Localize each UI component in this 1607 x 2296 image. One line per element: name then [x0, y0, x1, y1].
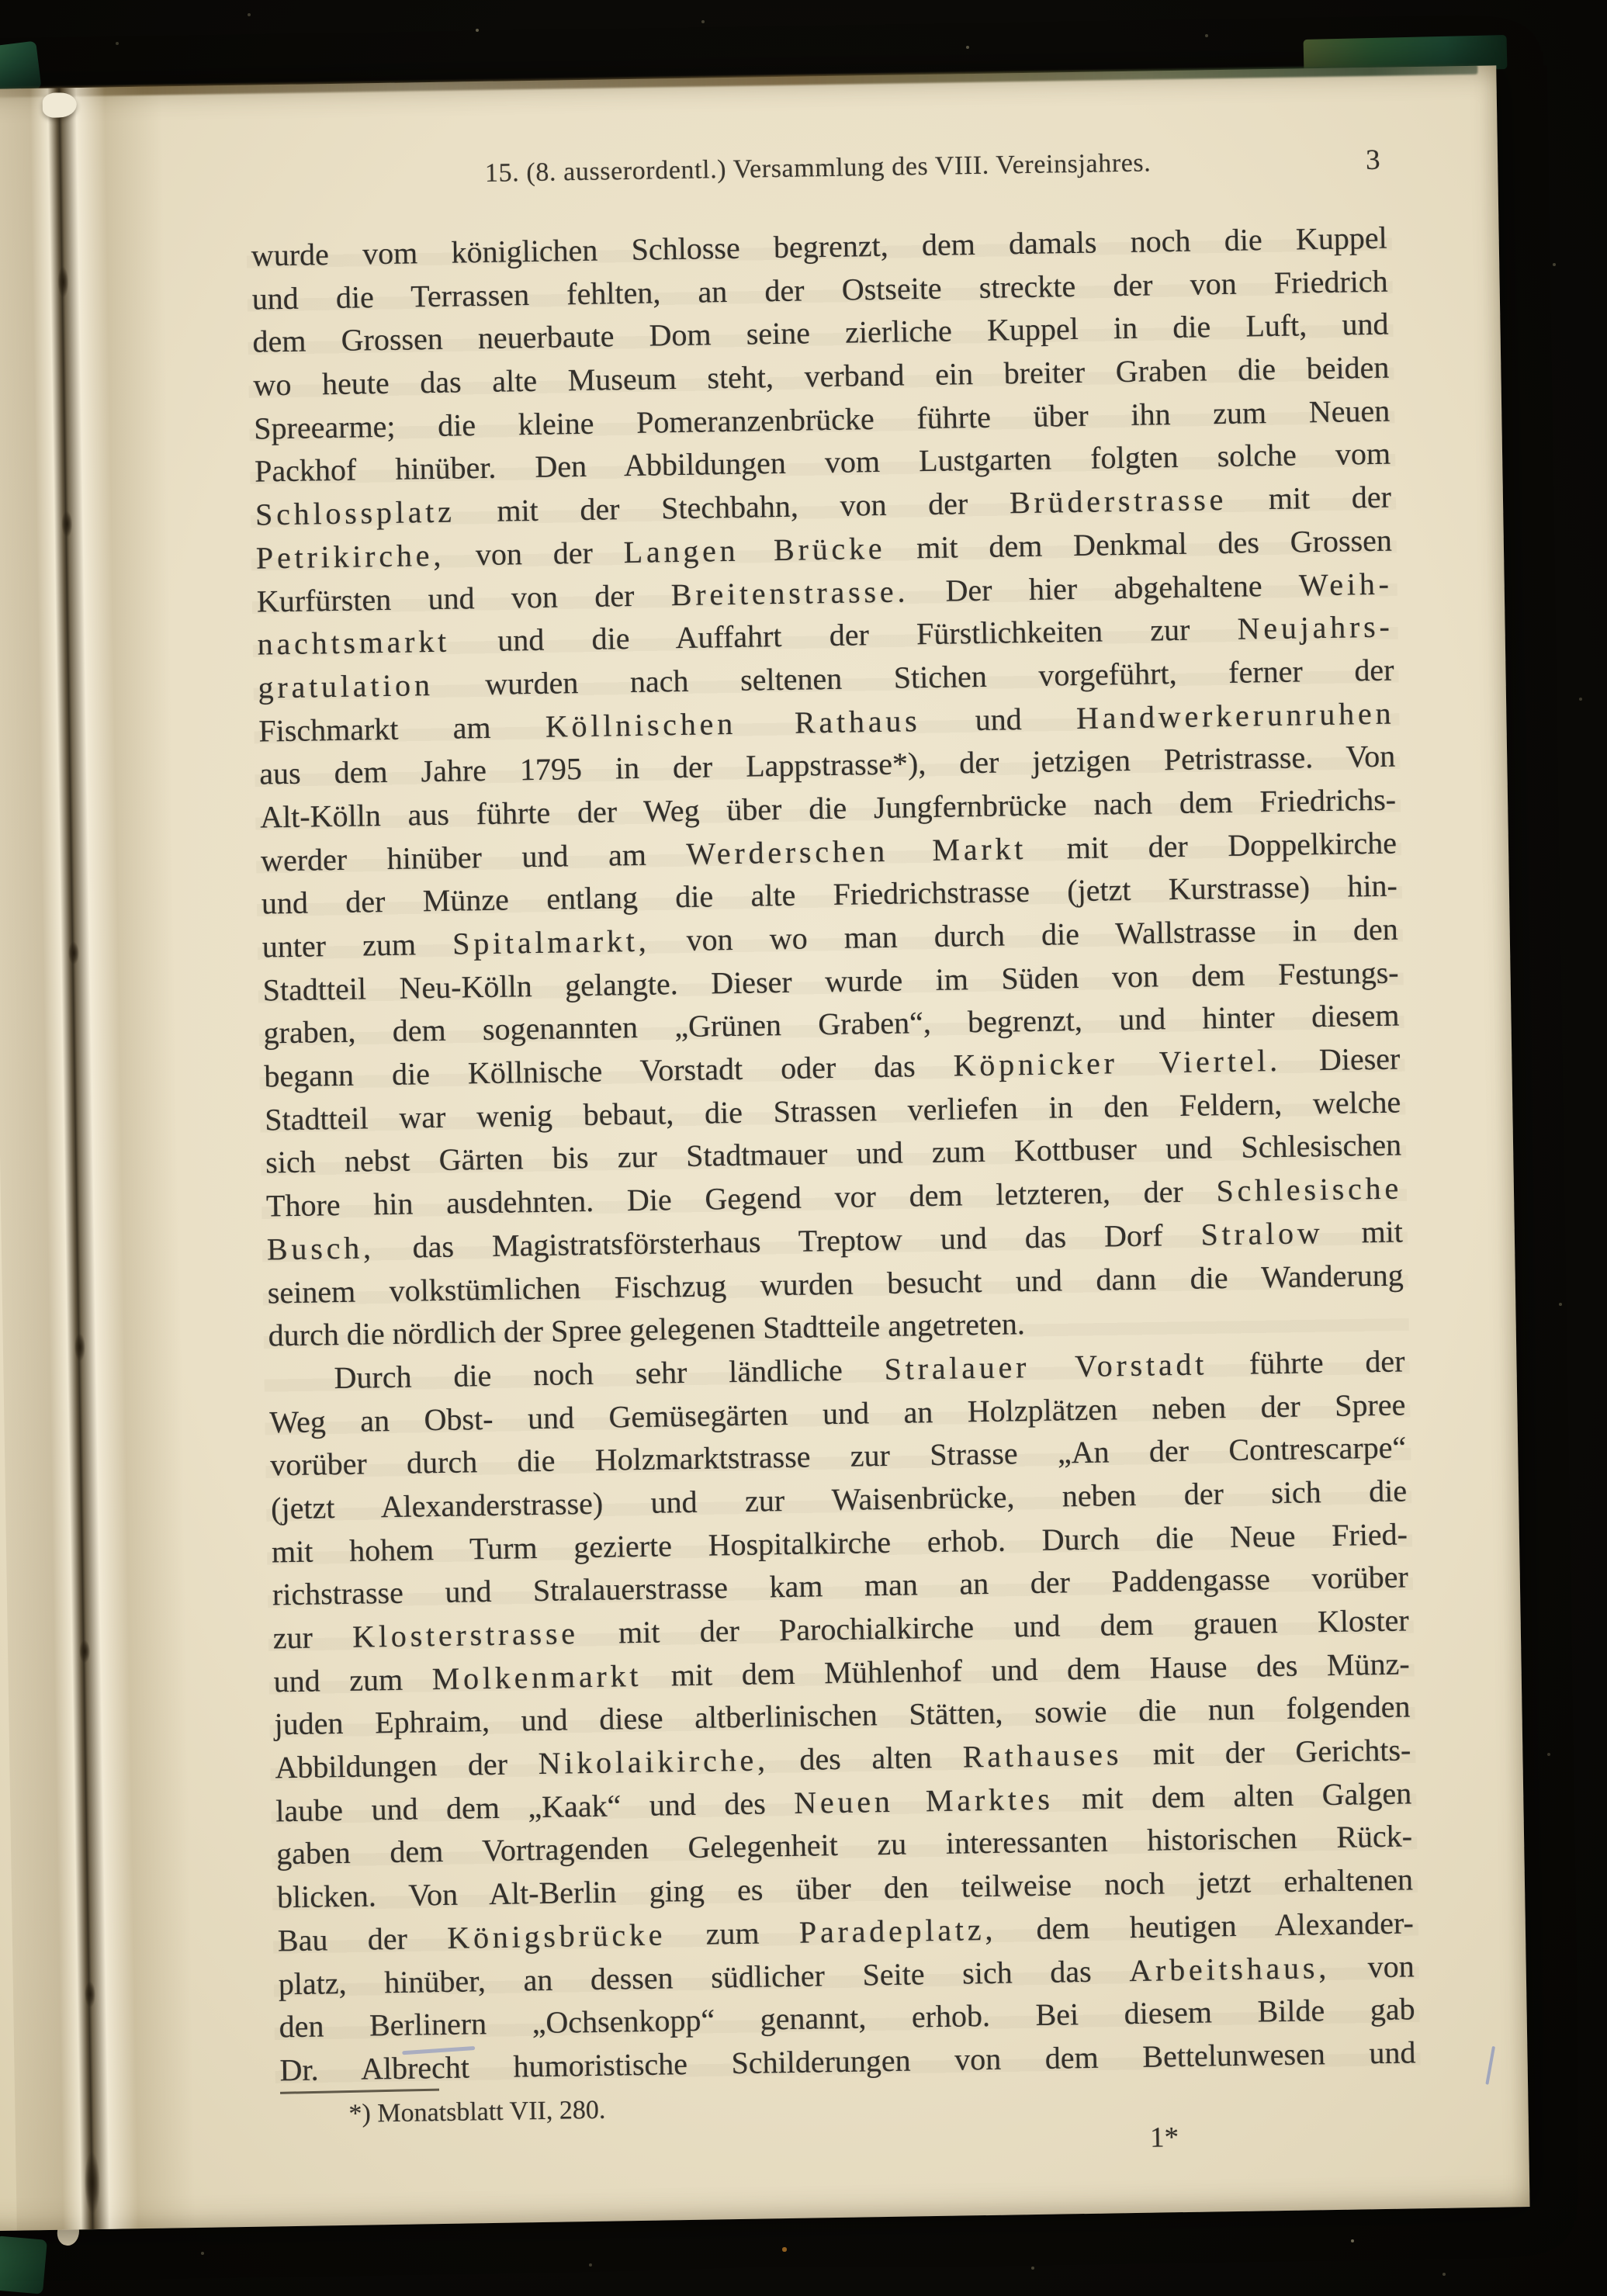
page-number: 3 [1366, 144, 1380, 177]
blue-pencil-margin-tick [1485, 2046, 1495, 2085]
crease-knot [74, 1333, 86, 1361]
crease-knot [85, 1981, 96, 2007]
cover-fragment-bottom-left [0, 2235, 47, 2294]
crease-knot [79, 1640, 90, 1663]
crease-knot [68, 941, 79, 964]
running-header: 15. (8. ausserordentl.) Versammlung des … [250, 145, 1387, 206]
signature-mark: 1* [1150, 2121, 1179, 2155]
book-page: 15. (8. ausserordentl.) Versammlung des … [0, 65, 1530, 2231]
body-text: wurde vom königlichen Schlosse begrenzt,… [251, 216, 1415, 2092]
page-top-edge-soil [0, 64, 1477, 99]
dust-specks [0, 0, 2, 2]
book-scan: 15. (8. ausserordentl.) Versammlung des … [0, 0, 1607, 2296]
gutter-crease [0, 86, 196, 2230]
crease-knot [61, 511, 73, 537]
crease-knot [57, 266, 69, 297]
